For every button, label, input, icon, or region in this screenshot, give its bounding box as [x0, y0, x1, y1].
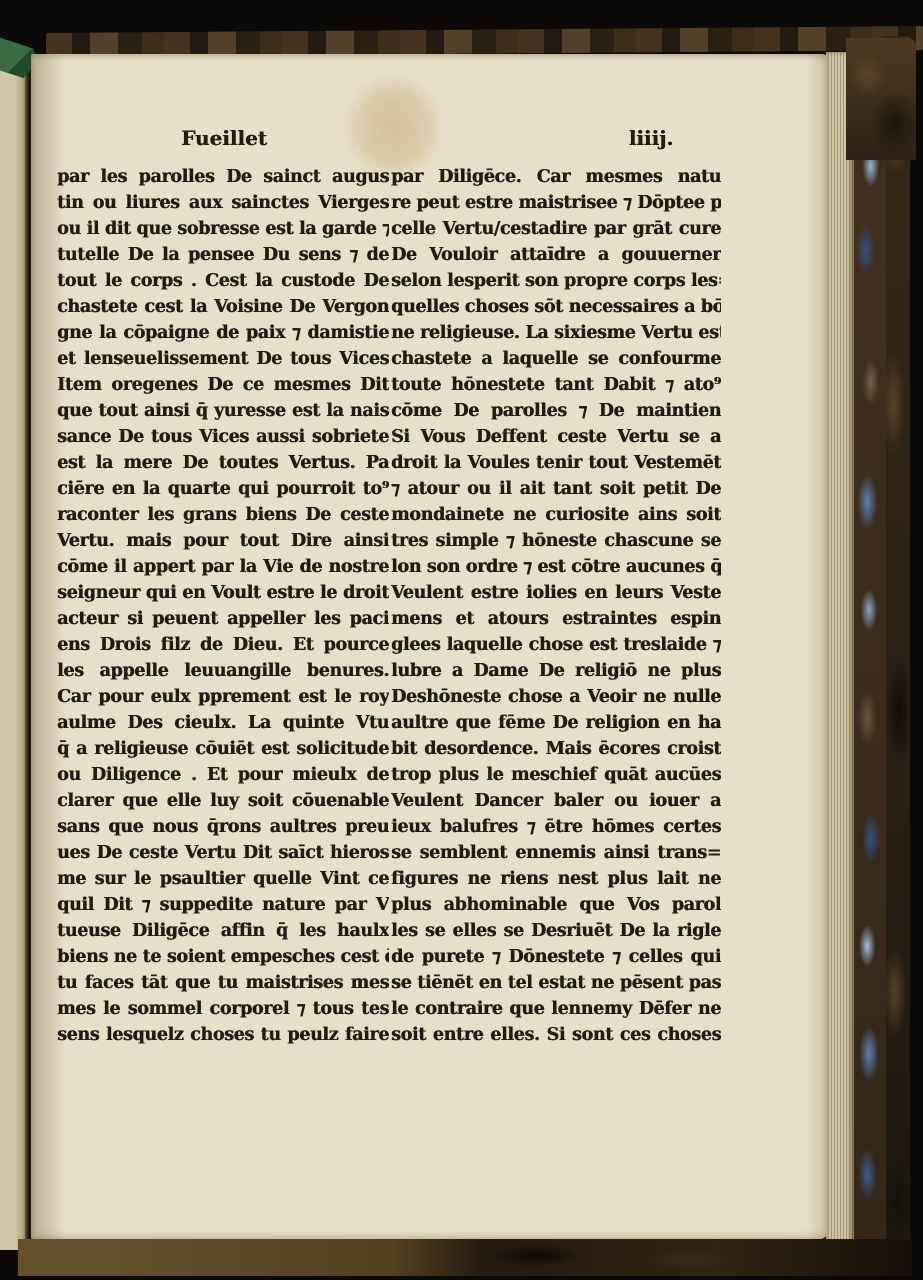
text-line: chastete cest la Voisine De Vergon	[57, 294, 389, 320]
text-line: ues De ceste Vertu Dit saīct hieros	[57, 840, 389, 866]
text-line: Veulent estre iolies en leurs Veste	[391, 580, 721, 606]
text-line: Item oregenes De ce mesmes Dit	[57, 372, 389, 398]
text-line: toute hōnestete tant Dabit ⁊ ato⁹	[391, 372, 721, 398]
book-board-top-edge	[46, 26, 923, 57]
text-line: glees laquelle chose est treslaide ⁊	[391, 632, 721, 658]
text-line: chastete a laquelle se confourme	[391, 346, 721, 372]
facing-page-edge	[0, 50, 28, 1250]
text-line: droit la Voules tenir tout Vestemēt	[391, 450, 721, 476]
text-line: ieux balufres ⁊ ētre hōmes certes	[391, 814, 721, 840]
text-line: de purete ⁊ Dōnestete ⁊ celles qui	[391, 944, 721, 970]
binding-corner-top-right	[846, 38, 916, 160]
text-line: mondainete ne curiosite ains soit	[391, 502, 721, 528]
book-board-bottom-edge	[18, 1239, 912, 1276]
text-line: par les parolles De sainct augus	[57, 164, 389, 190]
text-line: cōme De parolles ⁊ De maintien	[391, 398, 721, 424]
text-line: quil Dit ⁊ suppedite nature par V	[57, 892, 389, 918]
text-line: Car pour eulx pprement est le roy	[57, 684, 389, 710]
text-line: trop plus le meschief quāt aucūes	[391, 762, 721, 788]
text-line: tueuse Diligēce affin q̄ les haulx	[57, 918, 389, 944]
text-line: le contraire que lennemy Dēfer ne	[391, 996, 721, 1022]
text-line: soit entre elles. Si sont ces choses	[391, 1022, 721, 1048]
text-line: mens et atours estraintes espin	[391, 606, 721, 632]
text-line: bit desordence. Mais ēcores croist	[391, 736, 721, 762]
binding-leather-edge	[882, 36, 910, 1262]
text-line: selon lesperit son propre corps les=	[391, 268, 721, 294]
text-column-right: par Diligēce. Car mesmes nature peut est…	[391, 164, 721, 1048]
text-line: gne la cōpaigne de paix ⁊ damistie	[57, 320, 389, 346]
text-line: raconter les grans biens De ceste	[57, 502, 389, 528]
text-line: ⁊ atour ou il ait tant soit petit De	[391, 476, 721, 502]
text-line: figures ne riens nest plus lait ne	[391, 866, 721, 892]
text-line: quelles choses sōt necessaires a bō	[391, 294, 721, 320]
text-line: sance De tous Vices aussi sobriete	[57, 424, 389, 450]
book-photograph: Fueillet liiij. par les parolles De sain…	[0, 0, 923, 1280]
text-line: plus abhominable que Vos parol	[391, 892, 721, 918]
text-line: les se elles se Desriuēt De la rigle	[391, 918, 721, 944]
text-line: me sur le psaultier quelle Vint ce	[57, 866, 389, 892]
text-line: biens ne te soient empesches cest q̄	[57, 944, 389, 970]
text-line: aultre que fēme De religion en ha	[391, 710, 721, 736]
text-line: mes le sommel corporel ⁊ tous tes	[57, 996, 389, 1022]
book-page: Fueillet liiij. par les parolles De sain…	[31, 54, 828, 1239]
folio-number: liiij.	[551, 126, 751, 150]
page-stack-fore-edge	[826, 52, 854, 1244]
text-line: De Vouloir attaīdre a gouuerner	[391, 242, 721, 268]
text-line: clarer que elle luy soit cōuenable	[57, 788, 389, 814]
text-line: celle Vertu/cestadire par grāt cure	[391, 216, 721, 242]
text-line: tout le corps . Cest la custode De	[57, 268, 389, 294]
text-line: sens lesquelz choses tu peulz faire	[57, 1022, 389, 1048]
text-line: lubre a Dame De religiō ne plus	[391, 658, 721, 684]
text-line: ou Diligence . Et pour mieulx de	[57, 762, 389, 788]
text-line: ens Drois filz de Dieu. Et pource	[57, 632, 389, 658]
text-line: ciēre en la quarte qui pourroit to⁹	[57, 476, 389, 502]
text-line: que tout ainsi q̄ yuresse est la nais	[57, 398, 389, 424]
text-line: tutelle De la pensee Du sens ⁊ de	[57, 242, 389, 268]
text-line: tu faces tāt que tu maistrises mes	[57, 970, 389, 996]
text-line: ou il dit que sobresse est la garde ⁊	[57, 216, 389, 242]
text-line: et lenseuelissement De tous Vices	[57, 346, 389, 372]
text-line: Deshōneste chose a Veoir ne nulle	[391, 684, 721, 710]
text-line: seigneur qui en Voult estre le droit	[57, 580, 389, 606]
text-line: est la mere De toutes Vertus. Pa	[57, 450, 389, 476]
running-header-title: Fueillet	[59, 126, 389, 150]
text-line: acteur si peuent appeller les paci	[57, 606, 389, 632]
text-line: aulme Des cieulx. La quinte Vtu	[57, 710, 389, 736]
text-line: ne religieuse. La sixiesme Vertu est	[391, 320, 721, 346]
text-line: Veulent Dancer baler ou iouer a	[391, 788, 721, 814]
text-line: les appelle leuuangille benures.	[57, 658, 389, 684]
text-line: lon son ordre ⁊ est cōtre aucunes q̄	[391, 554, 721, 580]
text-column-left: par les parolles De sainct augustin ou l…	[57, 164, 389, 1048]
text-line: se semblent ennemis ainsi trans=	[391, 840, 721, 866]
text-line: re peut estre maistrisee ⁊ Dōptee p	[391, 190, 721, 216]
marbled-endpaper-edge	[852, 46, 886, 1246]
text-line: tres simple ⁊ hōneste chascune se	[391, 528, 721, 554]
text-line: sans que nous q̄rons aultres preu	[57, 814, 389, 840]
text-line: tin ou liures aux sainctes Vierges	[57, 190, 389, 216]
text-line: se tiēnēt en tel estat ne pēsent pas	[391, 970, 721, 996]
text-line: par Diligēce. Car mesmes natu	[391, 164, 721, 190]
text-line: Si Vous Deffent ceste Vertu se a	[391, 424, 721, 450]
text-line: Vertu. mais pour tout Dire ainsi	[57, 528, 389, 554]
text-line: q̄ a religieuse cōuiēt est solicitude	[57, 736, 389, 762]
text-line: cōme il appert par la Vie de nostre	[57, 554, 389, 580]
